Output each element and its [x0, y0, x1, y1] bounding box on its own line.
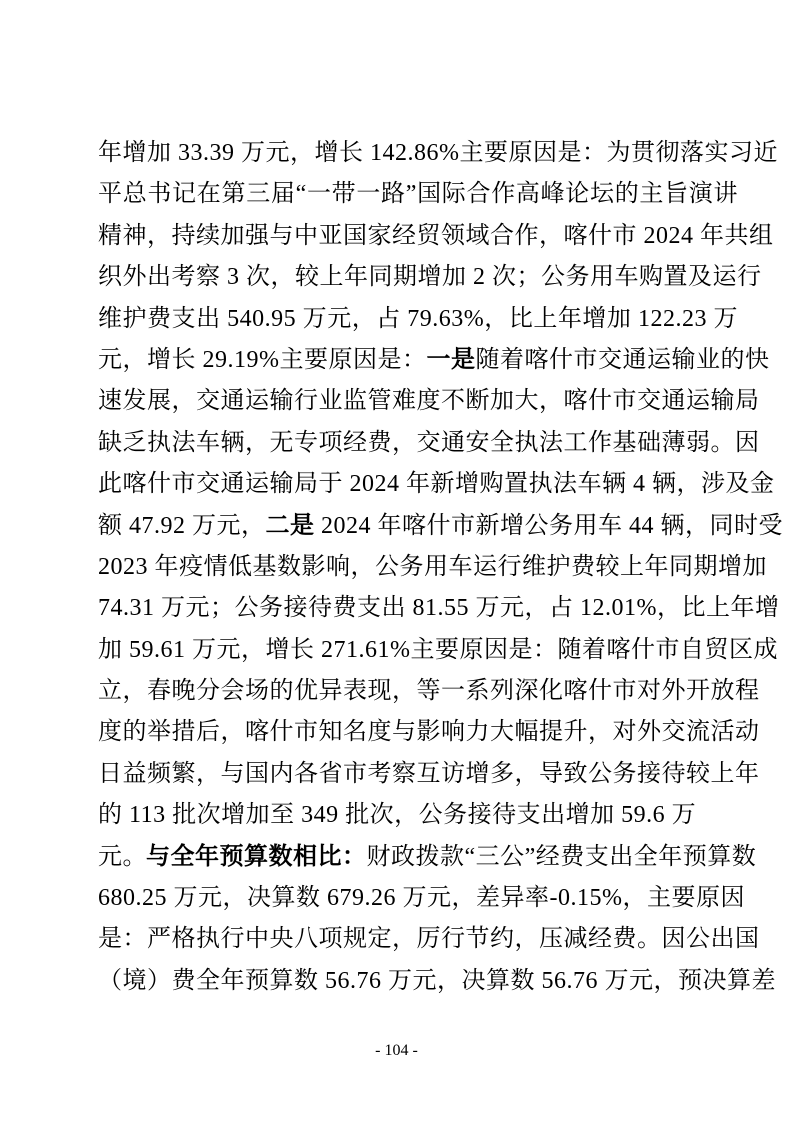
- text-segment: 精神，持续加强与中亚国家经贸领域合作，喀什市 2024 年共组: [98, 223, 774, 249]
- text-segment: 维护费支出 540.95 万元，占 79.63%，比上年增加 122.23 万: [98, 306, 738, 332]
- text-segment: 度的举措后，喀什市知名度与影响力大幅提升，对外交流活动: [98, 719, 760, 745]
- text-line: 74.31 万元；公务接待费支出 81.55 万元，占 12.01%，比上年增: [98, 588, 738, 629]
- text-line: 立，春晚分会场的优异表现，等一系列深化喀什市对外开放程: [98, 671, 738, 712]
- text-line: 680.25 万元，决算数 679.26 万元，差异率-0.15%，主要原因: [98, 878, 738, 919]
- text-line: 是：严格执行中央八项规定，厉行节约，压减经费。因公出国: [98, 919, 738, 960]
- text-segment: 立，春晚分会场的优异表现，等一系列深化喀什市对外开放程: [98, 678, 760, 704]
- text-line: 维护费支出 540.95 万元，占 79.63%，比上年增加 122.23 万: [98, 299, 738, 340]
- text-line: 年增加 33.39 万元，增长 142.86%主要原因是：为贯彻落实习近: [98, 133, 738, 174]
- text-segment: 财政拨款“三公”经费支出全年预算数: [367, 844, 757, 870]
- text-line: 加 59.61 万元，增长 271.61%主要原因是：随着喀什市自贸区成: [98, 630, 738, 671]
- text-line: 日益频繁，与国内各省市考察互访增多，导致公务接待较上年: [98, 754, 738, 795]
- text-segment: 是：严格执行中央八项规定，厉行节约，压减经费。因公出国: [98, 926, 760, 952]
- text-segment: 元，增长 29.19%主要原因是：: [98, 347, 427, 373]
- text-segment: 加 59.61 万元，增长 271.61%主要原因是：随着喀什市自贸区成: [98, 637, 778, 663]
- text-block: 年增加 33.39 万元，增长 142.86%主要原因是：为贯彻落实习近平总书记…: [98, 133, 738, 1002]
- text-segment: 680.25 万元，决算数 679.26 万元，差异率-0.15%，主要原因: [98, 885, 745, 911]
- text-line: 织外出考察 3 次，较上年同期增加 2 次；公务用车购置及运行: [98, 257, 738, 298]
- text-line: 速发展，交通运输行业监管难度不断加大，喀什市交通运输局: [98, 381, 738, 422]
- text-segment: 此喀什市交通运输局于 2024 年新增购置执法车辆 4 辆，涉及金: [98, 471, 775, 497]
- text-segment: （境）费全年预算数 56.76 万元，决算数 56.76 万元，预决算差: [98, 968, 776, 994]
- bold-text-segment: 一是: [427, 347, 476, 373]
- page-number-footer: - 104 -: [0, 1040, 793, 1062]
- text-line: 额 47.92 万元，二是 2024 年喀什市新增公务用车 44 辆，同时受: [98, 506, 738, 547]
- text-line: 精神，持续加强与中亚国家经贸领域合作，喀什市 2024 年共组: [98, 216, 738, 257]
- text-segment: 平总书记在第三届“一带一路”国际合作高峰论坛的主旨演讲: [98, 181, 738, 207]
- text-segment: 2024 年喀什市新增公务用车 44 辆，同时受: [315, 513, 784, 539]
- text-line: 的 113 批次增加至 349 批次，公务接待支出增加 59.6 万元。: [98, 795, 738, 836]
- bold-text-segment: 与全年预算数相比：: [146, 844, 367, 870]
- text-line: 缺乏执法车辆，无专项经费，交通安全执法工作基础薄弱。因: [98, 423, 738, 464]
- text-segment: 2023 年疫情低基数影响，公务用车运行维护费较上年同期增加: [98, 554, 767, 580]
- text-line: 元，增长 29.19%主要原因是：一是随着喀什市交通运输业的快: [98, 340, 738, 381]
- bold-text-segment: 二是: [266, 513, 315, 539]
- text-segment: 缺乏执法车辆，无专项经费，交通安全执法工作基础薄弱。因: [98, 430, 760, 456]
- document-page: 年增加 33.39 万元，增长 142.86%主要原因是：为贯彻落实习近平总书记…: [0, 0, 793, 1122]
- text-segment: 随着喀什市交通运输业的快: [476, 347, 770, 373]
- text-segment: 日益频繁，与国内各省市考察互访增多，导致公务接待较上年: [98, 761, 760, 787]
- text-segment: 织外出考察 3 次，较上年同期增加 2 次；公务用车购置及运行: [98, 264, 762, 290]
- text-segment: 额 47.92 万元，: [98, 513, 266, 539]
- text-line: （境）费全年预算数 56.76 万元，决算数 56.76 万元，预决算差: [98, 961, 738, 1002]
- text-line: 度的举措后，喀什市知名度与影响力大幅提升，对外交流活动: [98, 712, 738, 753]
- text-segment: 74.31 万元；公务接待费支出 81.55 万元，占 12.01%，比上年增: [98, 595, 780, 621]
- text-line: 平总书记在第三届“一带一路”国际合作高峰论坛的主旨演讲: [98, 174, 738, 215]
- text-line: 此喀什市交通运输局于 2024 年新增购置执法车辆 4 辆，涉及金: [98, 464, 738, 505]
- text-line: 2023 年疫情低基数影响，公务用车运行维护费较上年同期增加: [98, 547, 738, 588]
- text-line: 与全年预算数相比：财政拨款“三公”经费支出全年预算数: [98, 837, 738, 878]
- text-segment: 年增加 33.39 万元，增长 142.86%主要原因是：为贯彻落实习近: [98, 140, 778, 166]
- text-segment: 速发展，交通运输行业监管难度不断加大，喀什市交通运输局: [98, 388, 760, 414]
